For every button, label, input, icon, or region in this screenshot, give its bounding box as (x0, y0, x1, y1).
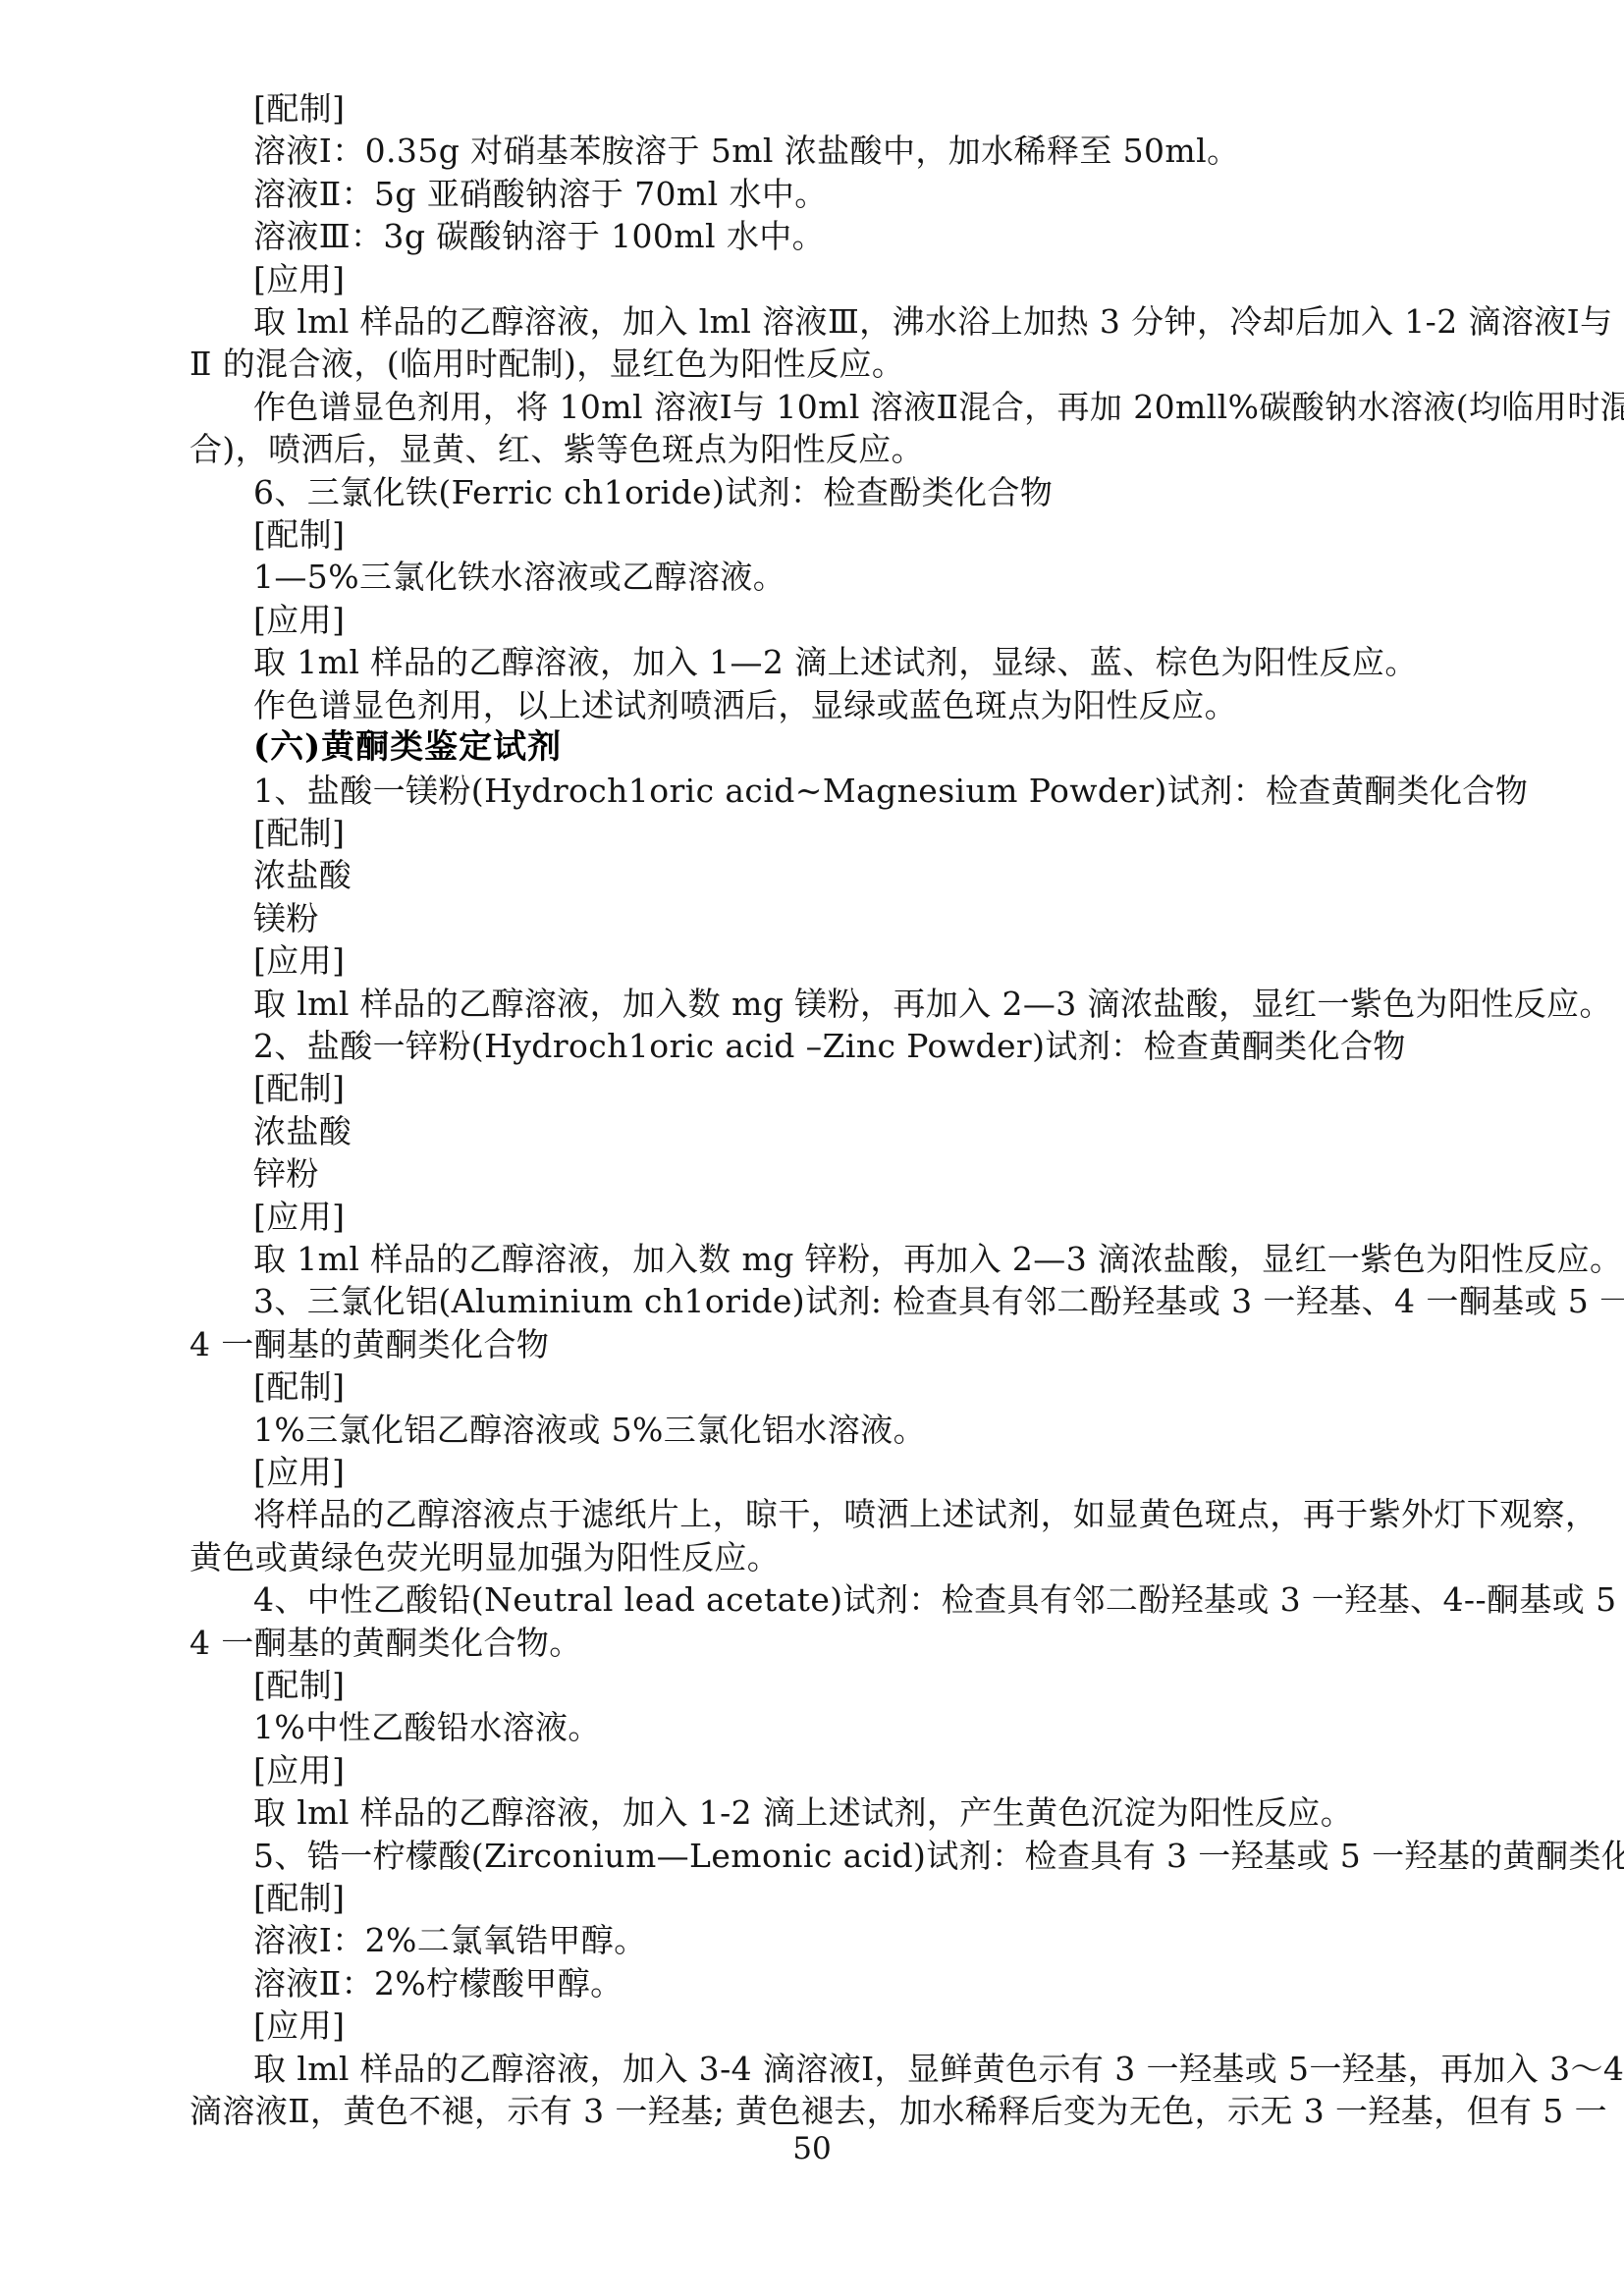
text-line: 合)，喷洒后，显黄、红、紫等色斑点为阳性反应。 (189, 428, 1456, 470)
text-line: 镁粉 (189, 897, 1456, 939)
text-line: 4 一酮基的黄酮类化合物 (189, 1323, 1456, 1365)
text-line: [应用] (189, 2004, 1456, 2047)
page-number: 50 (0, 2131, 1624, 2166)
text-line: [配制] (189, 87, 1456, 130)
text-line: [配制] (189, 1664, 1456, 1706)
text-line: [应用] (189, 1749, 1456, 1791)
text-line: [配制] (189, 1365, 1456, 1408)
text-line: 取 lml 样品的乙醇溶液，加入 1-2 滴上述试剂，产生黄色沉淀为阳性反应。 (189, 1791, 1456, 1834)
text-line: 1%三氯化铝乙醇溶液或 5%三氯化铝水溶液。 (189, 1409, 1456, 1451)
text-line: [配制] (189, 513, 1456, 556)
document-body: [配制]溶液Ⅰ：0.35g 对硝基苯胺溶于 5ml 浓盐酸中，加水稀释至 50m… (189, 87, 1456, 2133)
text-line: 溶液Ⅱ：2%柠檬酸甲醇。 (189, 1962, 1456, 2004)
text-line: 取 lml 样品的乙醇溶液，加入 3-4 滴溶液Ⅰ，显鲜黄色示有 3 一羟基或 … (189, 2048, 1456, 2090)
text-line: [配制] (189, 812, 1456, 854)
text-line: [应用] (189, 1196, 1456, 1238)
text-line: 3、三氯化铝(Aluminium ch1oride)试剂: 检查具有邻二酚羟基或… (189, 1280, 1456, 1322)
text-line: 浓盐酸 (189, 1110, 1456, 1152)
text-line: 4 一酮基的黄酮类化合物。 (189, 1622, 1456, 1664)
text-line: 浓盐酸 (189, 854, 1456, 896)
text-line: 1—5%三氯化铁水溶液或乙醇溶液。 (189, 556, 1456, 598)
text-line: 取 1ml 样品的乙醇溶液，加入数 mg 锌粉，再加入 2—3 滴浓盐酸，显红一… (189, 1238, 1456, 1280)
text-line: [应用] (189, 599, 1456, 641)
text-line: [配制] (189, 1877, 1456, 1919)
text-line: 作色谱显色剂用，以上述试剂喷洒后，显绿或蓝色斑点为阳性反应。 (189, 684, 1456, 726)
text-line: 6、三氯化铁(Ferric ch1oride)试剂：检查酚类化合物 (189, 471, 1456, 513)
section-heading: (六)黄酮类鉴定试剂 (189, 726, 1456, 769)
text-line: 取 lml 样品的乙醇溶液，加入数 mg 镁粉，再加入 2—3 滴浓盐酸，显红一… (189, 983, 1456, 1025)
text-line: 黄色或黄绿色荧光明显加强为阳性反应。 (189, 1536, 1456, 1578)
text-line: [应用] (189, 939, 1456, 982)
text-line: 溶液Ⅱ：5g 亚硝酸钠溶于 70ml 水中。 (189, 173, 1456, 215)
text-line: 4、中性乙酸铅(Neutral lead acetate)试剂：检查具有邻二酚羟… (189, 1578, 1456, 1621)
text-line: 将样品的乙醇溶液点于滤纸片上，晾干，喷洒上述试剂，如显黄色斑点，再于紫外灯下观察… (189, 1493, 1456, 1535)
text-line: [配制] (189, 1067, 1456, 1109)
text-line: 作色谱显色剂用，将 10ml 溶液Ⅰ与 10ml 溶液Ⅱ混合，再加 20mll%… (189, 386, 1456, 428)
text-line: [应用] (189, 1451, 1456, 1493)
text-line: 取 1ml 样品的乙醇溶液，加入 1—2 滴上述试剂，显绿、蓝、棕色为阳性反应。 (189, 641, 1456, 683)
text-line: 2、盐酸一锌粉(Hydroch1oric acid –Zinc Powder)试… (189, 1025, 1456, 1067)
text-line: 1%中性乙酸铅水溶液。 (189, 1706, 1456, 1748)
text-line: 溶液Ⅰ：2%二氯氧锆甲醇。 (189, 1919, 1456, 1961)
document-page: [配制]溶液Ⅰ：0.35g 对硝基苯胺溶于 5ml 浓盐酸中，加水稀释至 50m… (0, 0, 1624, 2296)
text-line: 溶液Ⅲ：3g 碳酸钠溶于 100ml 水中。 (189, 215, 1456, 257)
text-line: 取 lml 样品的乙醇溶液，加入 lml 溶液Ⅲ，沸水浴上加热 3 分钟，冷却后… (189, 300, 1456, 343)
text-line: Ⅱ 的混合液，(临用时配制)，显红色为阳性反应。 (189, 343, 1456, 385)
text-line: 溶液Ⅰ：0.35g 对硝基苯胺溶于 5ml 浓盐酸中，加水稀释至 50ml。 (189, 130, 1456, 172)
text-line: 滴溶液Ⅱ，黄色不褪，示有 3 一羟基; 黄色褪去，加水稀释后变为无色，示无 3 … (189, 2090, 1456, 2132)
text-line: 1、盐酸一镁粉(Hydroch1oric acid~Magnesium Powd… (189, 770, 1456, 812)
text-line: 5、锆一柠檬酸(Zirconium—Lemonic acid)试剂：检查具有 3… (189, 1835, 1456, 1877)
text-line: [应用] (189, 258, 1456, 300)
text-line: 锌粉 (189, 1152, 1456, 1195)
